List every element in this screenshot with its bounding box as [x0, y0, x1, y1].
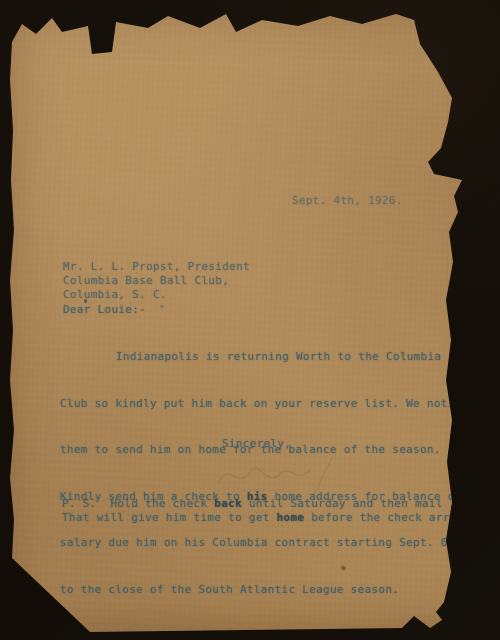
overstruck-word: home [277, 511, 305, 524]
ps-text: P. S. Hold the check [62, 497, 214, 510]
body-line: Indianapolis is returning Worth to the C… [60, 347, 460, 368]
ps-text: until Saturday and then mail it. [242, 497, 470, 510]
body-line: to the close of the South Atlantic Leagu… [60, 580, 460, 601]
body-line: salary due him on his Columbia contract … [60, 533, 460, 554]
closing-word: Sincerely, [222, 437, 291, 450]
date-line: Sept. 4th, 1926. [292, 194, 403, 207]
postscript-line: That will give him time to get home befo… [62, 511, 484, 524]
paper-speck [120, 452, 123, 454]
paper-speck [402, 352, 405, 355]
overstruck-word: back [214, 497, 242, 510]
postscript-line: P. S. Hold the check back until Saturday… [62, 497, 470, 510]
recipient-name: Mr. L. L. Propst, President [63, 260, 250, 273]
salutation: Dear Louie:- [63, 303, 146, 316]
body-line: Club so kindly put him back on your rese… [60, 394, 460, 415]
ps-text: before the check arrives. [304, 511, 484, 524]
recipient-organization: Columbia Base Ball Club, [63, 274, 229, 287]
ink-speck [84, 299, 87, 303]
ink-speck [160, 305, 164, 308]
recipient-city: Columbia, S. C. [63, 288, 167, 301]
letter-paper: Sept. 4th, 1926. Mr. L. L. Propst, Presi… [0, 0, 500, 640]
ps-text: That will give him time to get [62, 511, 277, 524]
scanned-letter-background: Sept. 4th, 1926. Mr. L. L. Propst, Presi… [0, 0, 500, 640]
